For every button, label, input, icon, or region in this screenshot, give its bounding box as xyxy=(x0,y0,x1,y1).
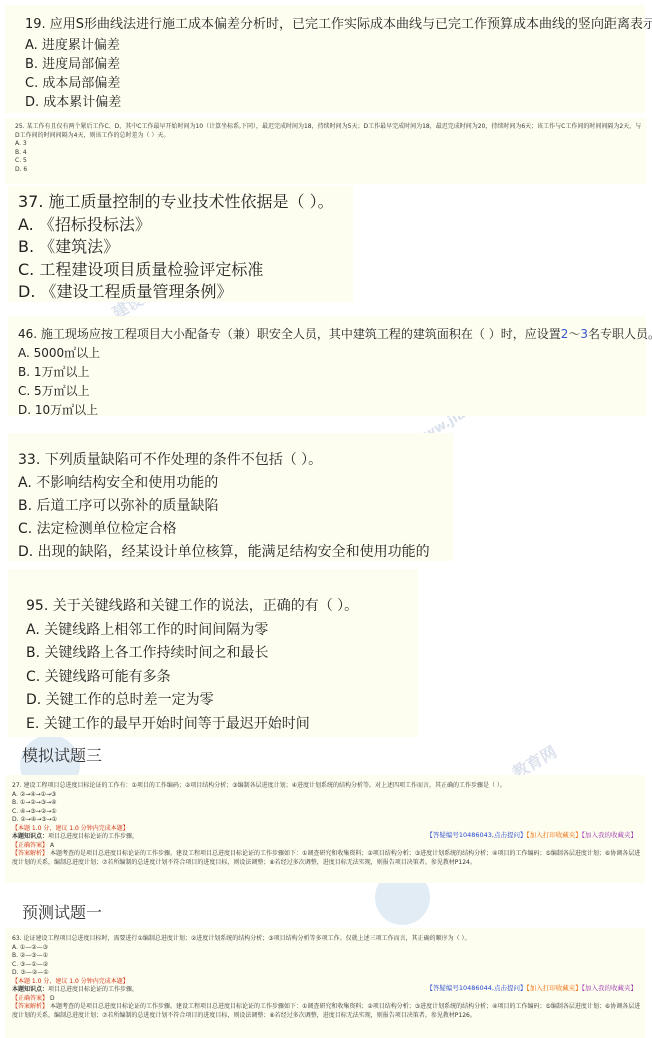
option-d: D. 成本累计偏差 xyxy=(25,93,645,112)
option-a: A. 3 xyxy=(15,140,646,149)
option-c: C. 成本局部偏差 xyxy=(25,74,645,93)
title-text: 46. 施工现场应按工程项目大小配备专（兼）职安全人员，其中建筑工程的建筑面积在… xyxy=(18,327,561,341)
action-links: 【答疑编号10486044,点击提问】【加入打印收藏夹】【加入我的收藏夹】 xyxy=(426,984,637,993)
option-c: C. 法定检测单位检定合格 xyxy=(18,518,453,541)
knowledge-text: 项目总进度目标论证的工作步骤， xyxy=(48,833,138,840)
question-27: 27. 建设工程项目总进度目标论证的工作有：①项目的工作编码；②项目结构分析；③… xyxy=(5,775,645,883)
option-a: A. 不影响结构安全和使用功能的 xyxy=(18,472,453,495)
option-a: A. 关键线路上相邻工作的时间间隔为零 xyxy=(26,619,418,643)
answer-value: A xyxy=(50,842,54,849)
option-a: A. 《招标投标法》 xyxy=(18,214,353,237)
option-a: A. 进度累计偏差 xyxy=(25,36,645,55)
question-title: 33. 下列质量缺陷可不作处理的条件不包括（ ）。 xyxy=(18,449,453,472)
analysis-text: 本题考查的是项目总进度目标论证的工作步骤。建设工程项目总进度目标论证的工作步骤如… xyxy=(12,850,640,866)
option-b: B. 《建筑法》 xyxy=(18,236,353,259)
option-b: B. ②—③—① xyxy=(12,952,645,961)
option-c: C. 工程建设项目质量检验评定标准 xyxy=(18,259,353,282)
option-b: B. ①→②→③→④ xyxy=(12,799,645,808)
ask-question-link[interactable]: 【答疑编号10486044,点击提问】 xyxy=(426,984,526,992)
option-c: C. ③—①—② xyxy=(12,961,645,970)
question-19: 19. 应用S形曲线法进行施工成本偏差分析时，已完工作实际成本曲线与已完工作预算… xyxy=(5,5,645,113)
correct-answer: 【正确答案】 D xyxy=(12,995,645,1004)
title-text: 名专职人员。 xyxy=(588,327,652,341)
add-my-favorites-link[interactable]: 【加入我的收藏夹】 xyxy=(582,984,637,992)
option-d: D. 《建设工程质量管理条例》 xyxy=(18,281,353,304)
option-d: D. 10万㎡以上 xyxy=(18,401,646,420)
answer-analysis: 【答案解析】 本题考查的是项目总进度目标论证的工作步骤。建设工程项目总进度目标论… xyxy=(12,1003,642,1020)
answer-label: 【正确答案】 xyxy=(12,842,48,849)
option-d: D. ③—②—① xyxy=(12,969,645,978)
option-b: B. 后道工序可以弥补的质量缺陷 xyxy=(18,495,453,518)
question-title: 37. 施工质量控制的专业技术性依据是（ ）。 xyxy=(18,191,353,214)
knowledge-text: 项目总进度目标论证的工作步骤， xyxy=(48,986,138,993)
add-my-favorites-link[interactable]: 【加入我的收藏夹】 xyxy=(582,831,637,839)
question-25: 25. 某工作有且仅有两个紧后工作C、D，其中C工作最早开始时间为10（计算坐标… xyxy=(5,118,646,184)
question-95: 95. 关于关键线路和关键工作的说法，正确的有（ ）。 A. 关键线路上相邻工作… xyxy=(8,569,418,737)
option-a: A. ①—②—③ xyxy=(12,944,645,953)
option-c: C. ④→③→②→① xyxy=(12,808,645,817)
option-c: C. 5万㎡以上 xyxy=(18,382,646,401)
option-e: E. 关键工作的最早开始时间等于最迟开始时间 xyxy=(26,713,418,737)
option-d: D. ②→④→③→① xyxy=(12,816,645,825)
action-links: 【答疑编号10486043,点击提问】【加入打印收藏夹】【加入我的收藏夹】 xyxy=(426,831,637,840)
option-c: C. 关键线路可能有多条 xyxy=(26,666,418,690)
option-c: C. 5 xyxy=(15,157,646,166)
add-print-favorites-link[interactable]: 【加入打印收藏夹】 xyxy=(527,984,582,992)
question-63: 63. 论证建设工程项目总进度目标时，需要进行①编制总进度计划；②进度计划系统的… xyxy=(5,928,645,1038)
ask-question-link[interactable]: 【答疑编号10486043,点击提问】 xyxy=(426,831,526,839)
section-heading: 预测试题一 xyxy=(22,900,102,923)
question-33: 33. 下列质量缺陷可不作处理的条件不包括（ ）。 A. 不影响结构安全和使用功… xyxy=(8,433,453,561)
knowledge-point: 本题知识点：项目总进度目标论证的工作步骤， 【答疑编号10486043,点击提问… xyxy=(12,833,645,842)
option-b: B. 1万㎡以上 xyxy=(18,363,646,382)
answer-label: 【正确答案】 xyxy=(12,995,48,1002)
question-title: 19. 应用S形曲线法进行施工成本偏差分析时，已完工作实际成本曲线与已完工作预算… xyxy=(25,15,645,34)
correct-answer: 【正确答案】 A xyxy=(12,842,645,851)
question-title: 63. 论证建设工程项目总进度目标时，需要进行①编制总进度计划；②进度计划系统的… xyxy=(12,935,645,944)
add-print-favorites-link[interactable]: 【加入打印收藏夹】 xyxy=(527,831,582,839)
analysis-label: 【答案解析】 xyxy=(12,850,48,857)
title-number: 3 xyxy=(580,327,588,341)
knowledge-point: 本题知识点：项目总进度目标论证的工作步骤， 【答疑编号10486044,点击提问… xyxy=(12,986,645,995)
option-d: D. 出现的缺陷，经某设计单位核算，能满足结构安全和使用功能的 xyxy=(18,541,453,564)
option-b: B. 4 xyxy=(15,149,646,158)
option-b: B. 关键线路上各工作持续时间之和最长 xyxy=(26,642,418,666)
question-title: 46. 施工现场应按工程项目大小配备专（兼）职安全人员，其中建筑工程的建筑面积在… xyxy=(18,325,646,344)
question-46: 46. 施工现场应按工程项目大小配备专（兼）职安全人员，其中建筑工程的建筑面积在… xyxy=(8,316,646,416)
question-title: 25. 某工作有且仅有两个紧后工作C、D，其中C工作最早开始时间为10（计算坐标… xyxy=(15,123,645,140)
option-a: A. ②→④→①→③ xyxy=(12,791,645,800)
knowledge-label: 本题知识点： xyxy=(12,986,48,993)
option-d: D. 6 xyxy=(15,166,646,175)
title-tilde: ～ xyxy=(568,327,580,341)
option-d: D. 关键工作的总时差一定为零 xyxy=(26,689,418,713)
analysis-text: 本题考查的是项目总进度目标论证的工作步骤。建设工程项目总进度目标论证的工作步骤如… xyxy=(12,1003,640,1019)
analysis-label: 【答案解析】 xyxy=(12,1003,48,1010)
option-b: B. 进度局部偏差 xyxy=(25,55,645,74)
question-title: 27. 建设工程项目总进度目标论证的工作有：①项目的工作编码；②项目结构分析；③… xyxy=(12,782,645,791)
knowledge-label: 本题知识点： xyxy=(12,833,48,840)
answer-analysis: 【答案解析】 本题考查的是项目总进度目标论证的工作步骤。建设工程项目总进度目标论… xyxy=(12,850,642,867)
option-a: A. 5000㎡以上 xyxy=(18,344,646,363)
section-heading: 模拟试题三 xyxy=(22,743,102,766)
question-37: 37. 施工质量控制的专业技术性依据是（ ）。 A. 《招标投标法》 B. 《建… xyxy=(8,186,353,302)
question-title: 95. 关于关键线路和关键工作的说法，正确的有（ ）。 xyxy=(26,595,418,619)
answer-value: D xyxy=(50,995,55,1002)
